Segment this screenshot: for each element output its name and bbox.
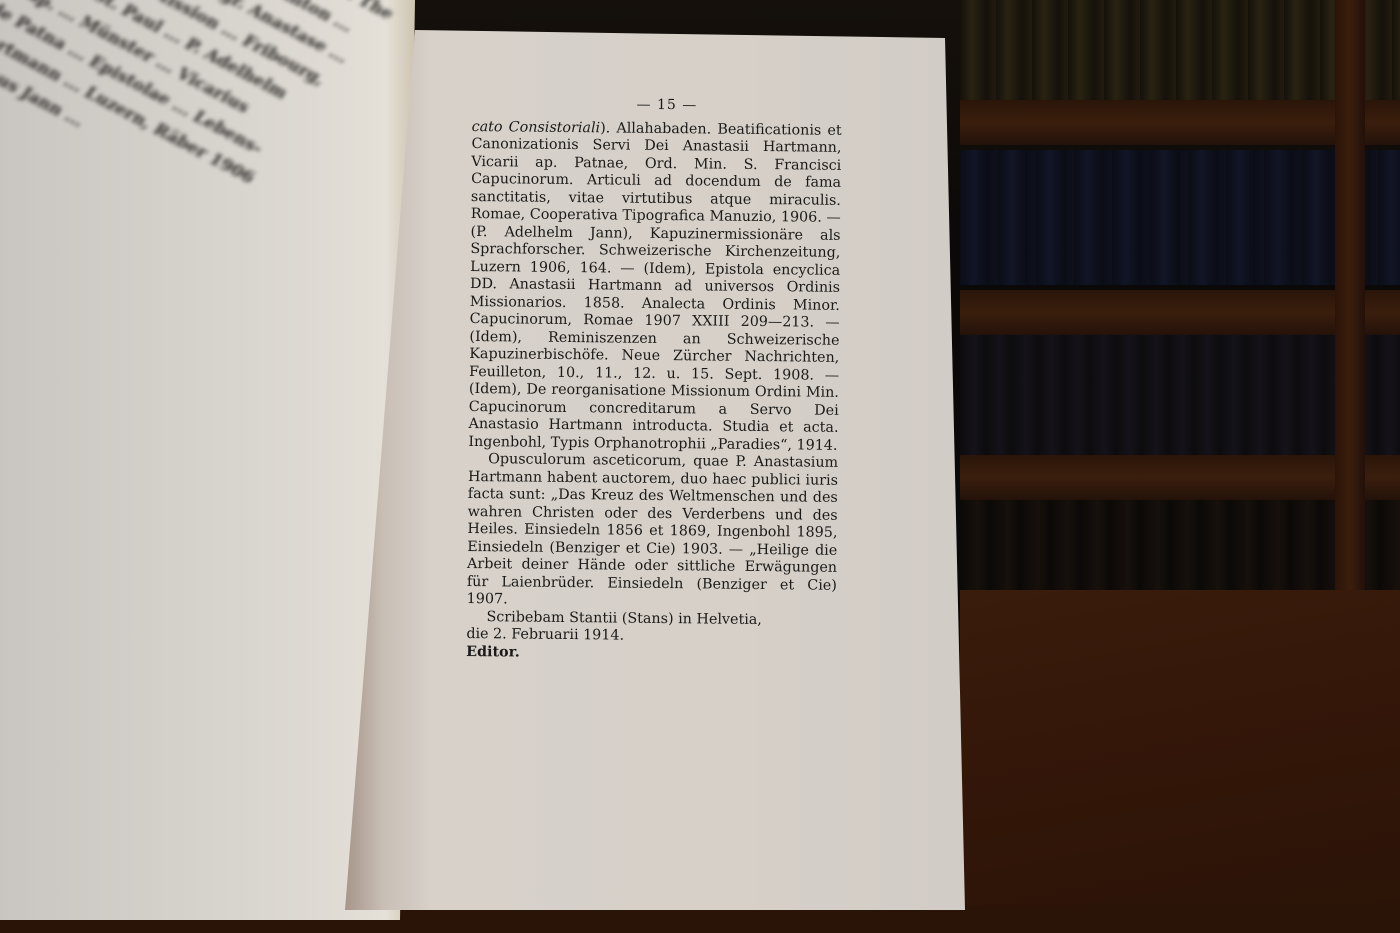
shelf-post xyxy=(1335,0,1365,620)
shelf-plank xyxy=(960,455,1400,500)
shelf-plank xyxy=(960,290,1400,335)
book-row xyxy=(960,335,1400,455)
ascetic-works-paragraph: Opusculorum asceticorum, quae P. Anastas… xyxy=(467,451,839,612)
shelf-plank xyxy=(960,100,1400,145)
page-number: — 15 — xyxy=(492,95,842,116)
photo-scene: Catholic Church ... P. Maximus Kamber O.… xyxy=(0,0,1400,933)
book-row xyxy=(960,0,1400,100)
left-page-text: Catholic Church ... P. Maximus Kamber O.… xyxy=(0,0,420,225)
italic-lead: cato Consistoriali xyxy=(472,118,601,135)
book-row xyxy=(960,150,1400,285)
paragraph-text: ). Allahabaden. Beatificationis et Canon… xyxy=(468,120,841,454)
bibliography-paragraph: cato Consistoriali). Allahabaden. Beatif… xyxy=(468,118,841,454)
wooden-table xyxy=(960,590,1400,933)
page-content: — 15 — cato Consistoriali). Allahabaden.… xyxy=(466,95,842,665)
